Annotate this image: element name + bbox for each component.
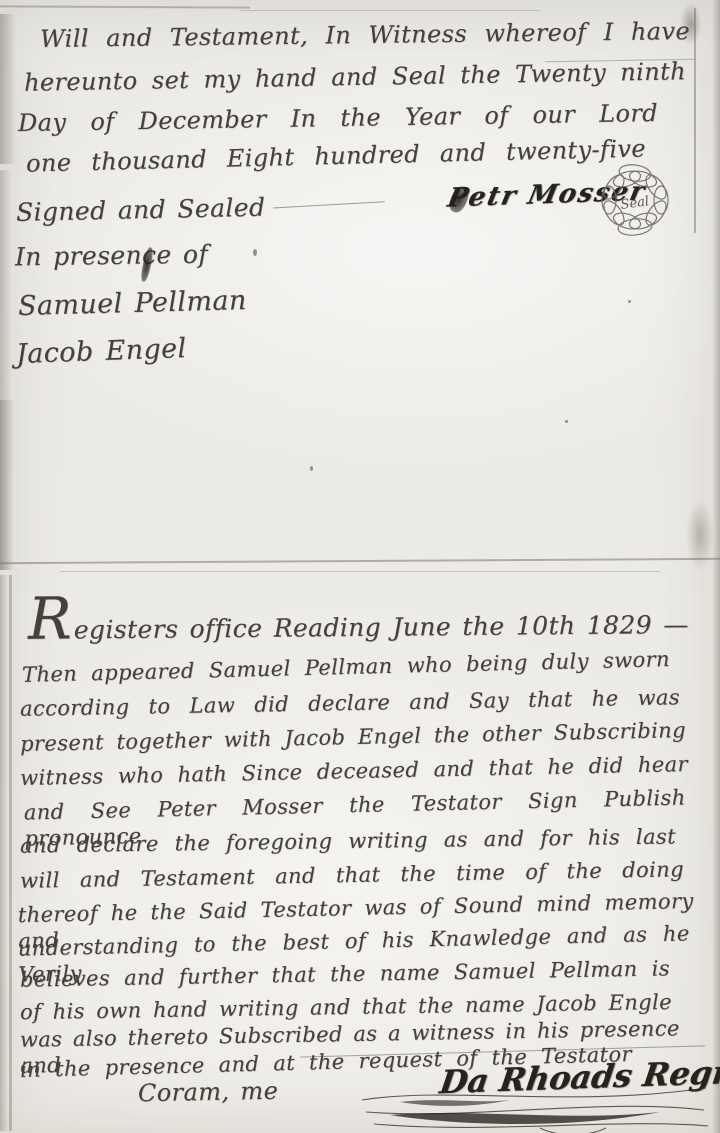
paper-smudge [712,0,720,1133]
fold-crease [60,571,660,572]
paper-speck [628,300,631,303]
paper-speck [253,249,257,256]
probate-line-7: will and Testament and that the time of … [20,856,684,894]
witness-signature-samuel-pellman: Samuel Pellman [18,284,247,324]
paper-smudge [0,170,12,400]
paper-edge-line [0,5,250,8]
coram-me-label: Coram, me [138,1076,279,1108]
probate-heading: Registers office Reading June the 10th 1… [28,577,669,655]
will-line-2: hereunto set my hand and Seal the Twenty… [24,56,686,98]
witness-signature-jacob-engel: Jacob Engel [15,332,187,372]
seal-label: Seal [620,194,650,213]
paper-speck [310,466,313,471]
probate-line-3: present together with Jacob Engel the ot… [20,717,686,757]
document-scan: Will and Testament, In Witness whereof I… [0,0,720,1133]
paper-edge-line [240,10,540,11]
paper-smudge [686,498,714,572]
in-presence-of-label: In presence of [15,239,208,273]
paper-smudge [0,14,16,164]
will-line-1: Will and Testament, In Witness whereof I… [40,16,690,54]
paper-smudge [0,575,8,1131]
will-line-3: Day of December In the Year of our Lord [18,98,658,138]
paper-smudge [9,575,12,1131]
paper-speck [565,420,568,423]
signature-flourish [360,1082,716,1130]
will-line-4: one thousand Eight hundred and twenty-fi… [26,133,647,178]
probate-line-2: according to Law did declare and Say tha… [20,684,680,722]
signed-and-sealed-label: Signed and Sealed [16,189,386,228]
paper-smudge [0,400,14,570]
seal-scribble: Seal [592,161,678,239]
fold-crease [0,558,720,564]
probate-line-4: witness who hath Since deceased and that… [20,751,688,791]
